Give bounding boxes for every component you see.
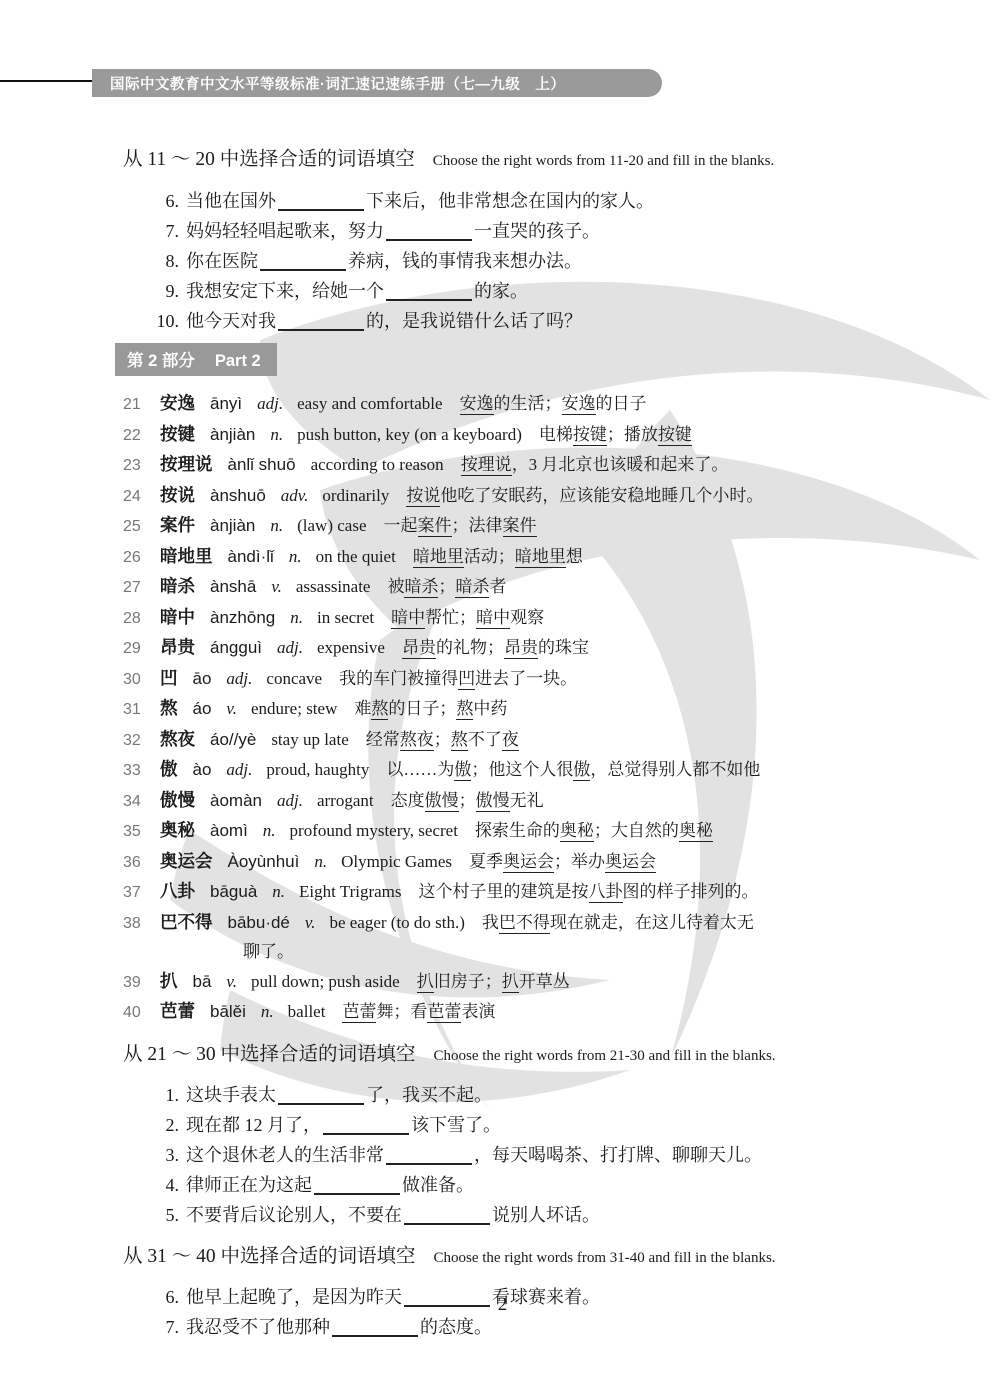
vocab-example: 态度傲慢；傲慢无礼 xyxy=(391,791,544,812)
vocab-pos: n. xyxy=(314,852,327,871)
vocab-word: 按键 xyxy=(160,424,195,444)
example-text: 的礼物； xyxy=(436,638,504,657)
fill-blank xyxy=(278,311,364,331)
vocab-word: 昂贵 xyxy=(160,637,195,657)
vocab-row: 25案件ànjiànn.(law) case一起案件；法律案件 xyxy=(123,511,975,542)
vocab-pos: n. xyxy=(272,882,285,901)
vocab-meaning: pull down; push aside xyxy=(251,972,400,991)
vocab-meaning: concave xyxy=(266,669,322,688)
exercise-text: 妈妈轻轻唱起歌来，努力 xyxy=(186,221,384,241)
vocab-number: 23 xyxy=(123,452,151,481)
page-number: 2 xyxy=(0,1294,1005,1316)
exercise-item: 3.这个退休老人的生活非常，每天喝喝茶、打打牌、聊聊天儿。 xyxy=(123,1140,975,1170)
vocab-number: 35 xyxy=(123,818,151,847)
vocab-pinyin: bālěi xyxy=(210,1002,246,1021)
vocab-row: 21安逸ānyìadj.easy and comfortable安逸的生活；安逸… xyxy=(123,389,975,420)
example-text: ； xyxy=(438,577,455,596)
exercise-text: 他今天对我 xyxy=(186,311,276,331)
example-text: 的珠宝 xyxy=(538,638,589,657)
exercise-text: ，每天喝喝茶、打打牌、聊聊天儿。 xyxy=(474,1145,762,1165)
example-text: ，3 月北京也该暖和起来了。 xyxy=(512,455,729,474)
vocab-example: 我的车门被撞得凹进去了一块。 xyxy=(339,669,577,690)
vocab-number: 29 xyxy=(123,635,151,664)
vocab-pinyin: àndì·lǐ xyxy=(228,547,274,566)
vocab-example: 按说他吃了安眠药，应该能安稳地睡几个小时。 xyxy=(406,486,763,507)
example-text: 表演 xyxy=(461,1002,495,1021)
example-underlined-word: 傲 xyxy=(573,760,590,781)
vocab-number: 24 xyxy=(123,483,151,512)
vocab-meaning: in secret xyxy=(317,608,374,627)
example-underlined-word: 巴不得 xyxy=(499,913,550,934)
example-underlined-word: 熬 xyxy=(456,699,473,720)
vocab-example: 昂贵的礼物；昂贵的珠宝 xyxy=(402,638,589,659)
vocab-meaning: arrogant xyxy=(317,791,374,810)
vocab-pos: n. xyxy=(263,821,276,840)
exercise-text: 不要背后议论别人，不要在 xyxy=(186,1205,402,1225)
vocab-example: 扒旧房子；扒开草丛 xyxy=(417,972,570,993)
example-text: ，总觉得别人都不如他 xyxy=(590,760,760,779)
exercise-number: 8. xyxy=(123,246,179,276)
example-text: ；举办 xyxy=(554,852,605,871)
example-text: ；他这个人很 xyxy=(471,760,573,779)
vocab-example: 电梯按键；播放按键 xyxy=(539,425,692,446)
exercise-item: 9.我想安定下来，给她一个的家。 xyxy=(123,276,975,306)
vocab-number: 22 xyxy=(123,422,151,451)
example-text: 者 xyxy=(489,577,506,596)
exercise-text: 一直哭的孩子。 xyxy=(474,221,600,241)
vocab-meaning: ordinarily xyxy=(322,486,389,505)
instruction-english: Choose the right words from 11-20 and fi… xyxy=(433,153,774,169)
header-rule xyxy=(0,80,94,82)
example-underlined-word: 扒 xyxy=(417,972,434,993)
vocab-number: 38 xyxy=(123,910,151,939)
vocab-word: 暗中 xyxy=(160,607,195,627)
vocab-row: 32熬夜áo//yèstay up late经常熬夜；熬不了夜 xyxy=(123,725,975,756)
vocab-pinyin: ànjiàn xyxy=(210,516,255,535)
example-text: 聊了。 xyxy=(243,942,294,961)
header-bar: 国际中文教育中文水平等级标准·词汇速记速练手册（七—九级 上） xyxy=(92,69,662,97)
exercise-text: 当他在国外 xyxy=(186,191,276,211)
vocab-meaning: assassinate xyxy=(296,577,371,596)
part2-label-en: Part 2 xyxy=(215,352,261,370)
vocab-meaning: push button, key (on a keyboard) xyxy=(297,425,522,444)
vocab-meaning: proud, haughty xyxy=(266,760,369,779)
vocab-number: 40 xyxy=(123,999,151,1028)
exercise-item: 10.他今天对我的，是我说错什么话了吗？ xyxy=(123,306,975,336)
vocab-word: 傲慢 xyxy=(160,790,195,810)
example-text: ； xyxy=(459,791,476,810)
exercise-number: 5. xyxy=(123,1200,179,1230)
vocab-example: 安逸的生活；安逸的日子 xyxy=(460,394,647,415)
vocab-row: 30凹āoadj.concave我的车门被撞得凹进去了一块。 xyxy=(123,664,975,695)
example-text: 夏季 xyxy=(469,852,503,871)
vocab-pinyin: ànshā xyxy=(210,577,256,596)
exercise-text: 你在医院 xyxy=(186,251,258,271)
vocab-pinyin: ànlǐ shuō xyxy=(228,455,296,474)
vocab-row: 23按理说ànlǐ shuōaccording to reason按理说，3 月… xyxy=(123,450,975,481)
exercise-text: 养病，钱的事情我来想办法。 xyxy=(348,251,582,271)
vocab-number: 32 xyxy=(123,727,151,756)
example-underlined-word: 按说 xyxy=(406,486,440,507)
example-text: 旧房子； xyxy=(434,972,502,991)
example-text: 开草丛 xyxy=(519,972,570,991)
exercise-number: 4. xyxy=(123,1170,179,1200)
vocab-pos: adj. xyxy=(277,791,303,810)
instruction-chinese: 从 31 ～ 40 中选择合适的词语填空 xyxy=(123,1246,416,1267)
vocab-pos: v. xyxy=(226,972,237,991)
example-text: 现在就走，在这儿待着太无 xyxy=(550,913,754,932)
vocab-pos: adv. xyxy=(281,486,309,505)
exercise-text: 了，我买不起。 xyxy=(366,1085,492,1105)
fill-blank xyxy=(278,191,364,211)
vocab-pinyin: ànzhōng xyxy=(210,608,275,627)
example-text: 电梯 xyxy=(539,425,573,444)
vocab-row: 24按说ànshuōadv.ordinarily按说他吃了安眠药，应该能安稳地睡… xyxy=(123,481,975,512)
example-underlined-word: 暗中 xyxy=(476,608,510,629)
example-text: 以……为 xyxy=(386,760,454,779)
exercise-list-21-30: 1.这块手表太了，我买不起。2.现在都 12 月了，该下雪了。3.这个退休老人的… xyxy=(123,1080,975,1230)
vocab-pinyin: àomì xyxy=(210,821,248,840)
example-text: ；法律 xyxy=(452,516,503,535)
header-title: 国际中文教育中文水平等级标准·词汇速记速练手册（七—九级 上） xyxy=(110,73,565,94)
fill-blank xyxy=(404,1205,490,1225)
vocab-pinyin: ào xyxy=(193,760,212,779)
example-underlined-word: 扒 xyxy=(502,972,519,993)
vocab-pinyin: bābu·dé xyxy=(228,913,290,932)
vocab-example: 经常熬夜；熬不了夜 xyxy=(366,730,519,751)
exercise-number: 3. xyxy=(123,1140,179,1170)
vocab-number: 30 xyxy=(123,666,151,695)
exercise-text: 做准备。 xyxy=(402,1175,474,1195)
vocab-meaning: easy and comfortable xyxy=(297,394,442,413)
vocab-word: 奥秘 xyxy=(160,820,195,840)
exercise-number: 9. xyxy=(123,276,179,306)
example-text: 观察 xyxy=(510,608,544,627)
vocab-meaning: on the quiet xyxy=(316,547,396,566)
vocab-number: 39 xyxy=(123,969,151,998)
vocab-row: 35奥秘àomìn.profound mystery, secret探索生命的奥… xyxy=(123,816,975,847)
example-text: ；播放 xyxy=(607,425,658,444)
exercise-text: 该下雪了。 xyxy=(411,1115,501,1135)
exercise-text: 我忍受不了他那种 xyxy=(186,1317,330,1337)
vocab-meaning: be eager (to do sth.) xyxy=(329,913,464,932)
vocab-row: 39扒bāv.pull down; push aside扒旧房子；扒开草丛 xyxy=(123,967,975,998)
example-text: 的生活； xyxy=(494,394,562,413)
example-text: 的日子 xyxy=(596,394,647,413)
vocab-example: 芭蕾舞；看芭蕾表演 xyxy=(342,1002,495,1023)
example-text: 帮忙； xyxy=(425,608,476,627)
vocab-word: 八卦 xyxy=(160,881,195,901)
example-text: 图的样子排列的。 xyxy=(623,882,759,901)
example-text: ；大自然的 xyxy=(594,821,679,840)
example-underlined-word: 案件 xyxy=(503,516,537,537)
workbook-page: 国际中文教育中文水平等级标准·词汇速记速练手册（七—九级 上） 从 11 ～ 2… xyxy=(0,0,1005,1400)
vocab-row: 27暗杀ànshāv.assassinate被暗杀；暗杀者 xyxy=(123,572,975,603)
example-underlined-word: 案件 xyxy=(418,516,452,537)
example-text: 活动； xyxy=(464,547,515,566)
example-underlined-word: 奥秘 xyxy=(560,821,594,842)
instruction-english: Choose the right words from 21-30 and fi… xyxy=(434,1048,776,1064)
vocab-number: 31 xyxy=(123,696,151,725)
vocab-example: 这个村子里的建筑是按八卦图的样子排列的。 xyxy=(419,882,759,903)
exercise-item: 4.律师正在为这起做准备。 xyxy=(123,1170,975,1200)
vocab-word: 按说 xyxy=(160,485,195,505)
vocab-row: 34傲慢àomànadj.arrogant态度傲慢；傲慢无礼 xyxy=(123,786,975,817)
vocab-pos: adj. xyxy=(226,669,252,688)
example-text: 被 xyxy=(387,577,404,596)
vocab-example: 按理说，3 月北京也该暖和起来了。 xyxy=(461,455,729,476)
fill-blank xyxy=(260,251,346,271)
example-underlined-word: 夜 xyxy=(502,730,519,751)
vocab-pos: n. xyxy=(290,608,303,627)
exercise-item: 1.这块手表太了，我买不起。 xyxy=(123,1080,975,1110)
vocab-word: 安逸 xyxy=(160,393,195,413)
exercise-item: 7.妈妈轻轻唱起歌来，努力一直哭的孩子。 xyxy=(123,216,975,246)
exercise-item: 6.当他在国外下来后，他非常想念在国内的家人。 xyxy=(123,186,975,216)
exercise-item: 2.现在都 12 月了，该下雪了。 xyxy=(123,1110,975,1140)
vocab-pos: adj. xyxy=(257,394,283,413)
example-underlined-word: 傲 xyxy=(454,760,471,781)
example-text: 的日子； xyxy=(388,699,456,718)
exercise-text: 的，是我说错什么话了吗？ xyxy=(366,311,582,331)
example-text: 舞；看 xyxy=(376,1002,427,1021)
example-underlined-word: 凹 xyxy=(458,669,475,690)
example-text: 经常 xyxy=(366,730,400,749)
example-underlined-word: 安逸 xyxy=(460,394,494,415)
vocab-pinyin: bā xyxy=(193,972,212,991)
vocab-word: 巴不得 xyxy=(160,912,213,932)
vocab-meaning: according to reason xyxy=(311,455,444,474)
exercise-text: 我想安定下来，给她一个 xyxy=(186,281,384,301)
exercise-text: 这个退休老人的生活非常 xyxy=(186,1145,384,1165)
exercise-number: 1. xyxy=(123,1080,179,1110)
exercise-item: 8.你在医院养病，钱的事情我来想办法。 xyxy=(123,246,975,276)
vocab-word: 熬夜 xyxy=(160,729,195,749)
vocab-pos: adj. xyxy=(277,638,303,657)
example-text: 难 xyxy=(354,699,371,718)
vocab-word: 傲 xyxy=(160,759,178,779)
vocab-pinyin: bāguà xyxy=(210,882,257,901)
vocab-row: 28暗中ànzhōngn.in secret暗中帮忙；暗中观察 xyxy=(123,603,975,634)
exercise-text: 说别人坏话。 xyxy=(492,1205,600,1225)
example-underlined-word: 暗地里 xyxy=(515,547,566,568)
vocab-meaning: (law) case xyxy=(297,516,366,535)
example-text: 我的车门被撞得 xyxy=(339,669,458,688)
example-underlined-word: 按键 xyxy=(658,425,692,446)
vocab-meaning: stay up late xyxy=(271,730,348,749)
example-text: 态度 xyxy=(391,791,425,810)
exercise-item: 7.我忍受不了他那种的态度。 xyxy=(123,1312,975,1342)
example-underlined-word: 傲慢 xyxy=(425,791,459,812)
vocab-word: 暗地里 xyxy=(160,546,213,566)
instruction-21-30: 从 21 ～ 30 中选择合适的词语填空 Choose the right wo… xyxy=(123,1042,975,1069)
example-text: 一起 xyxy=(384,516,418,535)
vocab-pinyin: ānyì xyxy=(210,394,242,413)
vocab-row: 37八卦bāguàn.Eight Trigrams这个村子里的建筑是按八卦图的样… xyxy=(123,877,975,908)
vocab-pinyin: áo xyxy=(193,699,212,718)
vocab-word: 凹 xyxy=(160,668,178,688)
vocab-meaning: Olympic Games xyxy=(341,852,452,871)
vocab-meaning: profound mystery, secret xyxy=(290,821,458,840)
example-underlined-word: 安逸 xyxy=(562,394,596,415)
instruction-english: Choose the right words from 31-40 and fi… xyxy=(434,1250,776,1266)
example-text: ； xyxy=(434,730,451,749)
example-text: 探索生命的 xyxy=(475,821,560,840)
vocab-pos: v. xyxy=(271,577,282,596)
vocab-word: 案件 xyxy=(160,515,195,535)
vocab-meaning: expensive xyxy=(317,638,385,657)
example-underlined-word: 按理说 xyxy=(461,455,512,476)
vocab-number: 26 xyxy=(123,544,151,573)
example-underlined-word: 暗中 xyxy=(391,608,425,629)
exercise-number: 10. xyxy=(123,306,179,336)
example-underlined-word: 暗地里 xyxy=(413,547,464,568)
vocab-word: 暗杀 xyxy=(160,576,195,596)
vocab-pos: n. xyxy=(270,516,283,535)
vocab-word: 熬 xyxy=(160,698,178,718)
example-underlined-word: 芭蕾 xyxy=(342,1002,376,1023)
vocab-pinyin: ànjiàn xyxy=(210,425,255,444)
exercise-text: 现在都 12 月了， xyxy=(186,1115,321,1135)
vocab-row: 33傲àoadj.proud, haughty以……为傲；他这个人很傲，总觉得别… xyxy=(123,755,975,786)
vocab-row: 22按键ànjiànn.push button, key (on a keybo… xyxy=(123,420,975,451)
vocab-word: 奥运会 xyxy=(160,851,213,871)
example-underlined-word: 奥运会 xyxy=(605,852,656,873)
vocab-pos: adj. xyxy=(226,760,252,779)
fill-blank xyxy=(386,281,472,301)
vocab-example: 难熬的日子；熬中药 xyxy=(354,699,507,720)
vocab-pinyin: àomàn xyxy=(210,791,262,810)
vocab-meaning: Eight Trigrams xyxy=(299,882,402,901)
vocab-number: 21 xyxy=(123,391,151,420)
fill-blank xyxy=(314,1175,400,1195)
vocab-row: 26暗地里àndì·lǐn.on the quiet暗地里活动；暗地里想 xyxy=(123,542,975,573)
vocab-number: 25 xyxy=(123,513,151,542)
example-underlined-word: 傲慢 xyxy=(476,791,510,812)
example-text: 我 xyxy=(482,913,499,932)
vocab-pos: v. xyxy=(305,913,316,932)
example-text: 不了 xyxy=(468,730,502,749)
example-text: 中药 xyxy=(473,699,507,718)
example-underlined-word: 熬 xyxy=(451,730,468,751)
exercise-list-11-20: 6.当他在国外下来后，他非常想念在国内的家人。7.妈妈轻轻唱起歌来，努力一直哭的… xyxy=(123,186,975,336)
part2-badge: 第 2 部分Part 2 xyxy=(115,343,277,376)
vocab-pinyin: āo xyxy=(193,669,212,688)
example-underlined-word: 芭蕾 xyxy=(427,1002,461,1023)
vocab-pinyin: ànshuō xyxy=(210,486,266,505)
example-underlined-word: 暗杀 xyxy=(404,577,438,598)
vocab-number: 28 xyxy=(123,605,151,634)
example-underlined-word: 熬 xyxy=(371,699,388,720)
vocab-example: 我巴不得现在就走，在这儿待着太无聊了。 xyxy=(243,913,754,962)
exercise-text: 这块手表太 xyxy=(186,1085,276,1105)
vocab-number: 37 xyxy=(123,879,151,908)
page-content: 从 11 ～ 20 中选择合适的词语填空 Choose the right wo… xyxy=(0,0,1005,1342)
vocabulary-list: 21安逸ānyìadj.easy and comfortable安逸的生活；安逸… xyxy=(123,389,975,1028)
fill-blank xyxy=(386,1145,472,1165)
vocab-example: 夏季奥运会；举办奥运会 xyxy=(469,852,656,873)
exercise-number: 2. xyxy=(123,1110,179,1140)
example-underlined-word: 按键 xyxy=(573,425,607,446)
part2-label-cn: 第 2 部分 xyxy=(127,352,195,370)
vocab-row: 40芭蕾bālěin.ballet芭蕾舞；看芭蕾表演 xyxy=(123,997,975,1028)
example-text: 想 xyxy=(566,547,583,566)
instruction-31-40: 从 31 ～ 40 中选择合适的词语填空 Choose the right wo… xyxy=(123,1244,975,1271)
fill-blank xyxy=(332,1317,418,1337)
example-underlined-word: 熬夜 xyxy=(400,730,434,751)
vocab-example: 被暗杀；暗杀者 xyxy=(387,577,506,598)
exercise-item: 5.不要背后议论别人，不要在说别人坏话。 xyxy=(123,1200,975,1230)
vocab-word: 芭蕾 xyxy=(160,1001,195,1021)
vocab-pinyin: Àoyùnhuì xyxy=(228,852,300,871)
exercise-text: 的家。 xyxy=(474,281,528,301)
fill-blank xyxy=(386,221,472,241)
instruction-11-20: 从 11 ～ 20 中选择合适的词语填空 Choose the right wo… xyxy=(123,147,975,174)
vocab-pos: n. xyxy=(289,547,302,566)
vocab-example: 以……为傲；他这个人很傲，总觉得别人都不如他 xyxy=(386,760,760,781)
example-underlined-word: 昂贵 xyxy=(504,638,538,659)
vocab-row: 38巴不得bābu·dév.be eager (to do sth.)我巴不得现… xyxy=(123,908,975,967)
exercise-text: 的态度。 xyxy=(420,1317,492,1337)
vocab-example: 探索生命的奥秘；大自然的奥秘 xyxy=(475,821,713,842)
example-underlined-word: 昂贵 xyxy=(402,638,436,659)
vocab-number: 34 xyxy=(123,788,151,817)
example-text: 进去了一块。 xyxy=(475,669,577,688)
example-text: 这个村子里的建筑是按 xyxy=(419,882,589,901)
exercise-number: 7. xyxy=(123,1312,179,1342)
vocab-row: 31熬áov.endure; stew难熬的日子；熬中药 xyxy=(123,694,975,725)
example-text: 他吃了安眠药，应该能安稳地睡几个小时。 xyxy=(440,486,763,505)
instruction-chinese: 从 21 ～ 30 中选择合适的词语填空 xyxy=(123,1044,416,1065)
example-underlined-word: 暗杀 xyxy=(455,577,489,598)
example-underlined-word: 奥秘 xyxy=(679,821,713,842)
vocab-row: 29昂贵ángguìadj.expensive昂贵的礼物；昂贵的珠宝 xyxy=(123,633,975,664)
instruction-chinese: 从 11 ～ 20 中选择合适的词语填空 xyxy=(123,149,415,170)
vocab-number: 36 xyxy=(123,849,151,878)
exercise-number: 6. xyxy=(123,186,179,216)
vocab-pos: n. xyxy=(261,1002,274,1021)
vocab-pos: n. xyxy=(270,425,283,444)
exercise-number: 7. xyxy=(123,216,179,246)
vocab-meaning: ballet xyxy=(288,1002,326,1021)
vocab-row: 36奥运会Àoyùnhuìn.Olympic Games夏季奥运会；举办奥运会 xyxy=(123,847,975,878)
exercise-text: 下来后，他非常想念在国内的家人。 xyxy=(366,191,654,211)
example-underlined-word: 八卦 xyxy=(589,882,623,903)
vocab-word: 扒 xyxy=(160,971,178,991)
vocab-number: 33 xyxy=(123,757,151,786)
example-underlined-word: 奥运会 xyxy=(503,852,554,873)
vocab-meaning: endure; stew xyxy=(251,699,337,718)
vocab-example: 暗地里活动；暗地里想 xyxy=(413,547,583,568)
vocab-word: 按理说 xyxy=(160,454,213,474)
vocab-pos: v. xyxy=(226,699,237,718)
vocab-example: 一起案件；法律案件 xyxy=(384,516,537,537)
example-text: 无礼 xyxy=(510,791,544,810)
fill-blank xyxy=(323,1115,409,1135)
vocab-pinyin: ángguì xyxy=(210,638,262,657)
fill-blank xyxy=(278,1085,364,1105)
vocab-pinyin: áo//yè xyxy=(210,730,256,749)
vocab-number: 27 xyxy=(123,574,151,603)
exercise-text: 律师正在为这起 xyxy=(186,1175,312,1195)
vocab-example: 暗中帮忙；暗中观察 xyxy=(391,608,544,629)
